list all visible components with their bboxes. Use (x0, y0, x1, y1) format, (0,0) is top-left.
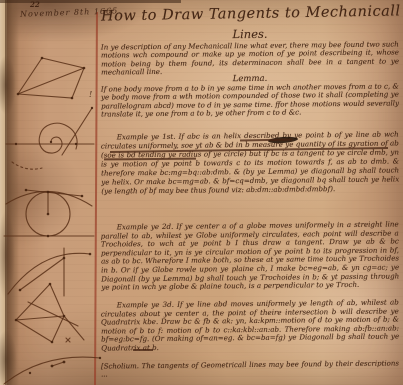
parallelogram-diagram (8, 52, 90, 102)
page-top-shadow (0, 0, 181, 3)
quadratrix-diagram (4, 280, 96, 348)
intro-paragraph: In ye description of any Mechanicall lin… (101, 40, 399, 77)
example2-paragraph: Example ye 2d. If ye center a of a globe… (101, 220, 400, 292)
trochoid-circle-diagram (2, 174, 96, 240)
spiral-diagram (4, 100, 96, 174)
quadratrix-arc-diagram (0, 348, 106, 385)
lemma-paragraph: If one body move from a to b in ye same … (101, 82, 399, 119)
folio-mark: 22 (30, 0, 40, 9)
page-title: How to Draw Tangents to Mechanicall (101, 3, 399, 24)
strikethrough-line (133, 349, 153, 351)
scholium-line: [Scholium. The tangents of Geometricall … (101, 359, 399, 379)
example3-paragraph: Example ye 3d. If ye line abd moves unif… (101, 298, 400, 353)
manuscript-page: 22 November 8th 1665. How to Draw Tangen… (0, 0, 403, 385)
